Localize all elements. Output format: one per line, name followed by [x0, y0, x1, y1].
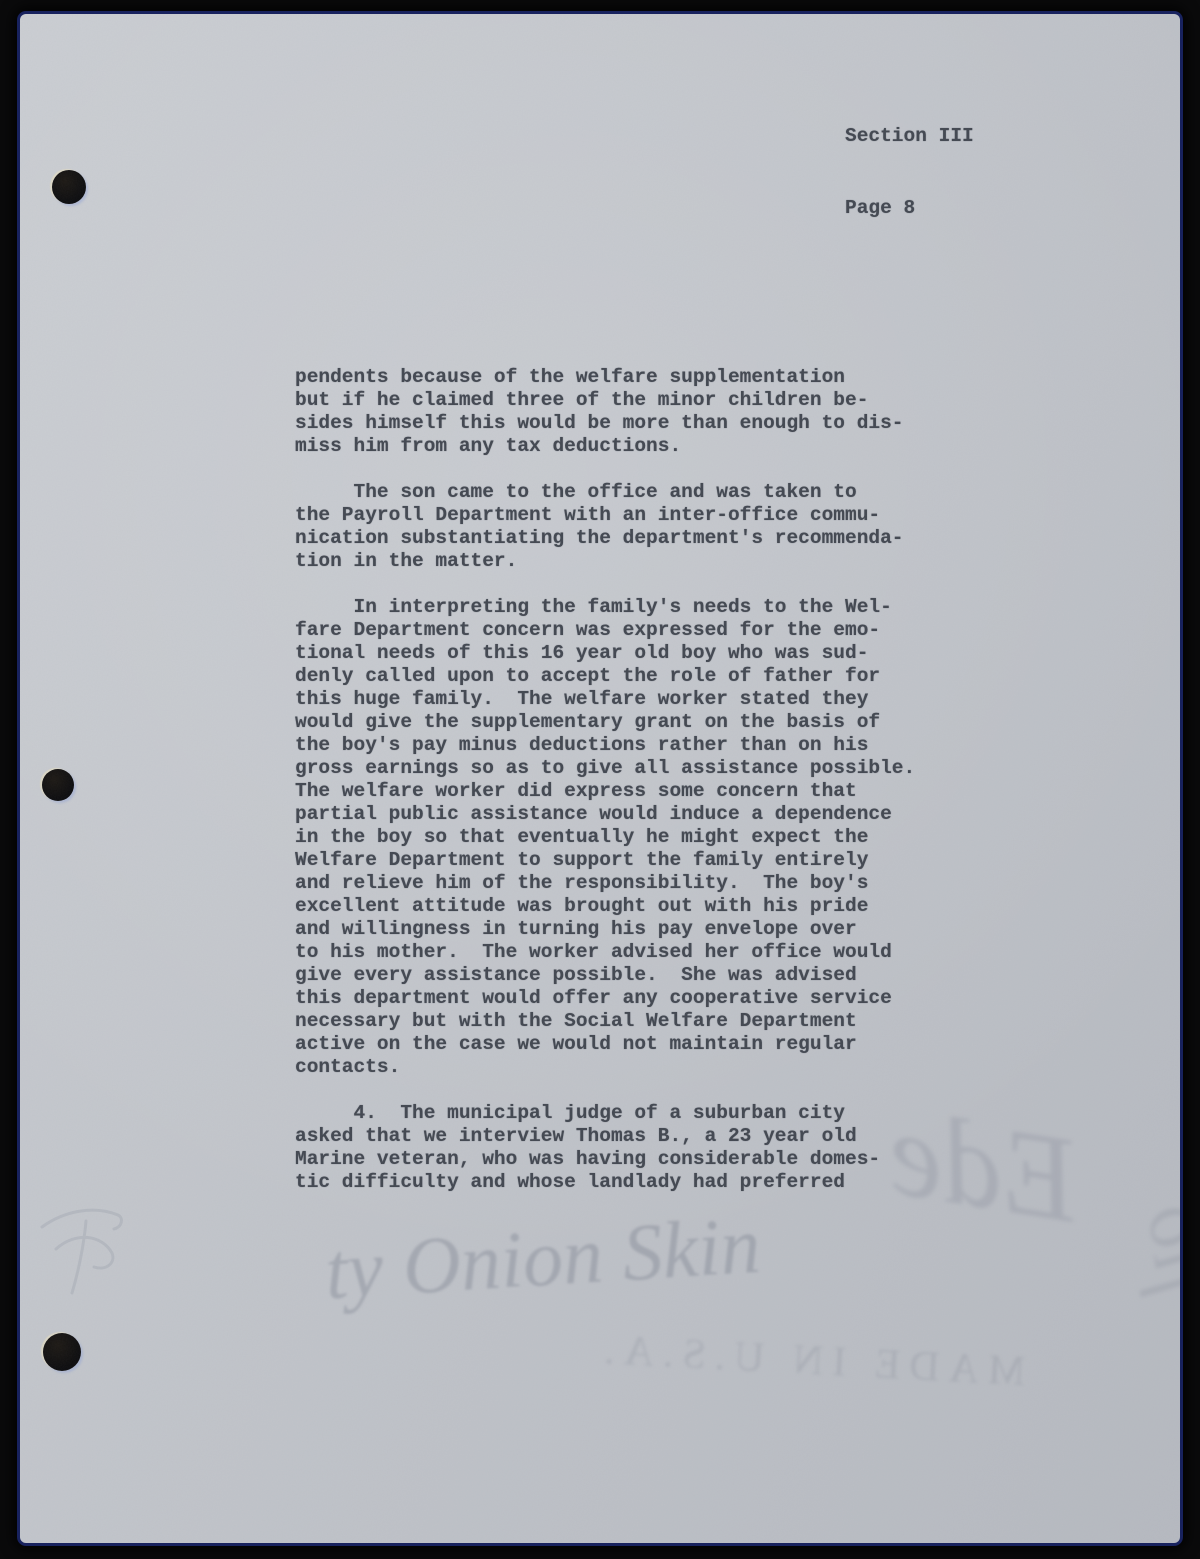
paragraph: 4. The municipal judge of a suburban cit… — [295, 1102, 955, 1194]
typed-line: would give the supplementary grant on th… — [295, 711, 955, 734]
hole-punch-bottom — [43, 1333, 81, 1371]
typed-line: necessary but with the Social Welfare De… — [295, 1010, 955, 1033]
typed-line: fare Department concern was expressed fo… — [295, 619, 955, 642]
pencil-mark — [28, 1189, 168, 1329]
typed-line: asked that we interview Thomas B., a 23 … — [295, 1125, 955, 1148]
paper: Ede flo ty Onion Skin MADE IN U.S.A. Sec… — [20, 14, 1180, 1543]
typed-line: give every assistance possible. She was … — [295, 964, 955, 987]
hole-punch-top — [52, 170, 86, 204]
watermark-brand: ty Onion Skin — [323, 1201, 763, 1317]
typed-line: The son came to the office and was taken… — [295, 481, 955, 504]
typed-line: tion in the matter. — [295, 550, 955, 573]
typed-line: to his mother. The worker advised her of… — [295, 941, 955, 964]
paragraph: In interpreting the family's needs to th… — [295, 596, 955, 1079]
typed-line: active on the case we would not maintain… — [295, 1033, 955, 1056]
typed-line: gross earnings so as to give all assista… — [295, 757, 955, 780]
typed-line: pendents because of the welfare suppleme… — [295, 366, 955, 389]
paragraph: The son came to the office and was taken… — [295, 481, 955, 573]
watermark-origin: MADE IN U.S.A. — [594, 1325, 1027, 1397]
typed-line: and relieve him of the responsibility. T… — [295, 872, 955, 895]
typed-line: nication substantiating the department's… — [295, 527, 955, 550]
typed-line: this department would offer any cooperat… — [295, 987, 955, 1010]
typed-line: the boy's pay minus deductions rather th… — [295, 734, 955, 757]
typed-line: but if he claimed three of the minor chi… — [295, 389, 955, 412]
header-section: Section III — [845, 124, 974, 148]
typed-line: In interpreting the family's needs to th… — [295, 596, 955, 619]
typed-line: in the boy so that eventually he might e… — [295, 826, 955, 849]
typed-line: The welfare worker did express some conc… — [295, 780, 955, 803]
typed-line: partial public assistance would induce a… — [295, 803, 955, 826]
typed-line: the Payroll Department with an inter-off… — [295, 504, 955, 527]
typed-line: Welfare Department to support the family… — [295, 849, 955, 872]
watermark-edge-fragment: flo — [1126, 1150, 1180, 1299]
typed-line: Marine veteran, who was having considera… — [295, 1148, 955, 1171]
typed-line: contacts. — [295, 1056, 955, 1079]
document-body: pendents because of the welfare suppleme… — [295, 366, 955, 1217]
typed-line: and willingness in turning his pay envel… — [295, 918, 955, 941]
typed-line: this huge family. The welfare worker sta… — [295, 688, 955, 711]
typed-line: excellent attitude was brought out with … — [295, 895, 955, 918]
typed-line: 4. The municipal judge of a suburban cit… — [295, 1102, 955, 1125]
paragraph: pendents because of the welfare suppleme… — [295, 366, 955, 458]
typed-line: tional needs of this 16 year old boy who… — [295, 642, 955, 665]
hole-punch-middle — [42, 769, 74, 801]
scan-background: Ede flo ty Onion Skin MADE IN U.S.A. Sec… — [0, 0, 1200, 1559]
typed-line: tic difficulty and whose landlady had pr… — [295, 1171, 955, 1194]
typed-line: sides himself this would be more than en… — [295, 412, 955, 435]
typed-line: miss him from any tax deductions. — [295, 435, 955, 458]
page-header: Section III Page 8 — [845, 76, 974, 268]
header-page-number: Page 8 — [845, 196, 974, 220]
typed-line: denly called upon to accept the role of … — [295, 665, 955, 688]
